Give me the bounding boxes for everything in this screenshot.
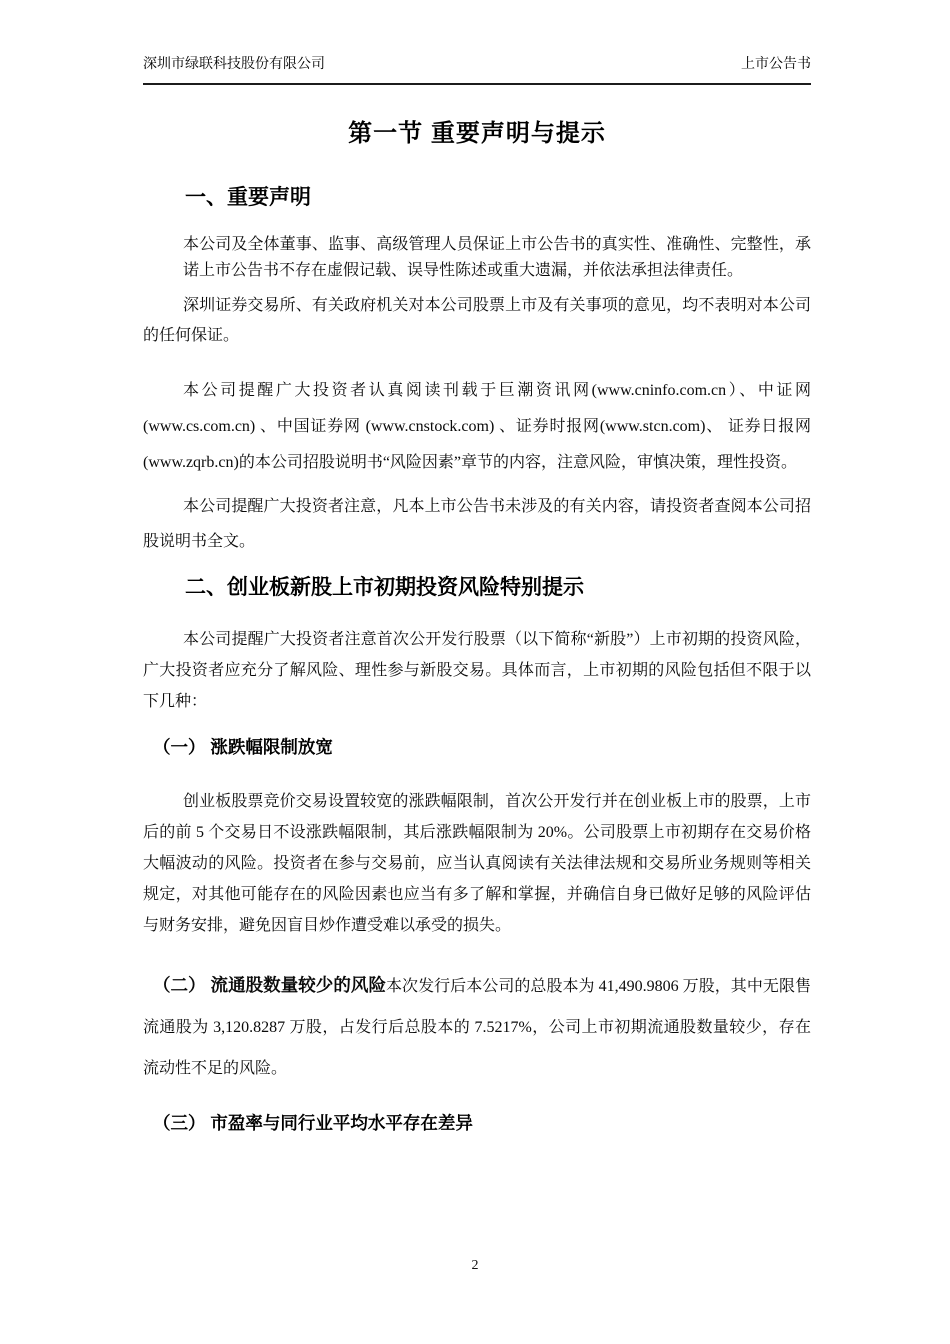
declaration-paragraph-3: 本公司提醒广大投资者认真阅读刊载于巨潮资讯网(www.cninfo.com.cn… bbox=[143, 373, 811, 481]
running-header: 深圳市绿联科技股份有限公司 上市公告书 bbox=[143, 56, 811, 85]
page-title: 第一节 重要声明与提示 bbox=[143, 117, 811, 151]
declaration-paragraph-2: 深圳证券交易所、有关政府机关对本公司股票上市及有关事项的意见，均不表明对本公司的… bbox=[143, 291, 811, 351]
section-2-heading: 二、创业板新股上市初期投资风险特别提示 bbox=[143, 573, 811, 602]
document-page: 深圳市绿联科技股份有限公司 上市公告书 第一节 重要声明与提示 一、重要声明 本… bbox=[0, 0, 950, 1344]
subsection-3-heading: （三） 市盈率与同行业平均水平存在差异 bbox=[143, 1111, 811, 1136]
subsection-1-heading: （一） 涨跌幅限制放宽 bbox=[143, 735, 811, 760]
header-company-name: 深圳市绿联科技股份有限公司 bbox=[143, 56, 325, 73]
declaration-paragraph-1: 本公司及全体董事、监事、高级管理人员保证上市公告书的真实性、准确性、完整性，承诺… bbox=[183, 232, 811, 284]
subsection-1-paragraph: 创业板股票竞价交易设置较宽的涨跌幅限制，首次公开发行并在创业板上市的股票，上市后… bbox=[143, 786, 811, 941]
subsection-2-heading: （二） 流通股数量较少的风险 bbox=[153, 975, 386, 995]
header-doc-type: 上市公告书 bbox=[741, 56, 811, 73]
section-1-heading: 一、重要声明 bbox=[143, 183, 811, 212]
section-2-intro-paragraph: 本公司提醒广大投资者注意首次公开发行股票（以下简称“新股”）上市初期的投资风险，… bbox=[143, 624, 811, 717]
declaration-paragraph-4: 本公司提醒广大投资者注意，凡本上市公告书未涉及的有关内容，请投资者查阅本公司招股… bbox=[143, 489, 811, 559]
subsection-2-paragraph: （二） 流通股数量较少的风险本次发行后本公司的总股本为 41,490.9806 … bbox=[143, 965, 811, 1089]
page-number: 2 bbox=[0, 1258, 950, 1274]
